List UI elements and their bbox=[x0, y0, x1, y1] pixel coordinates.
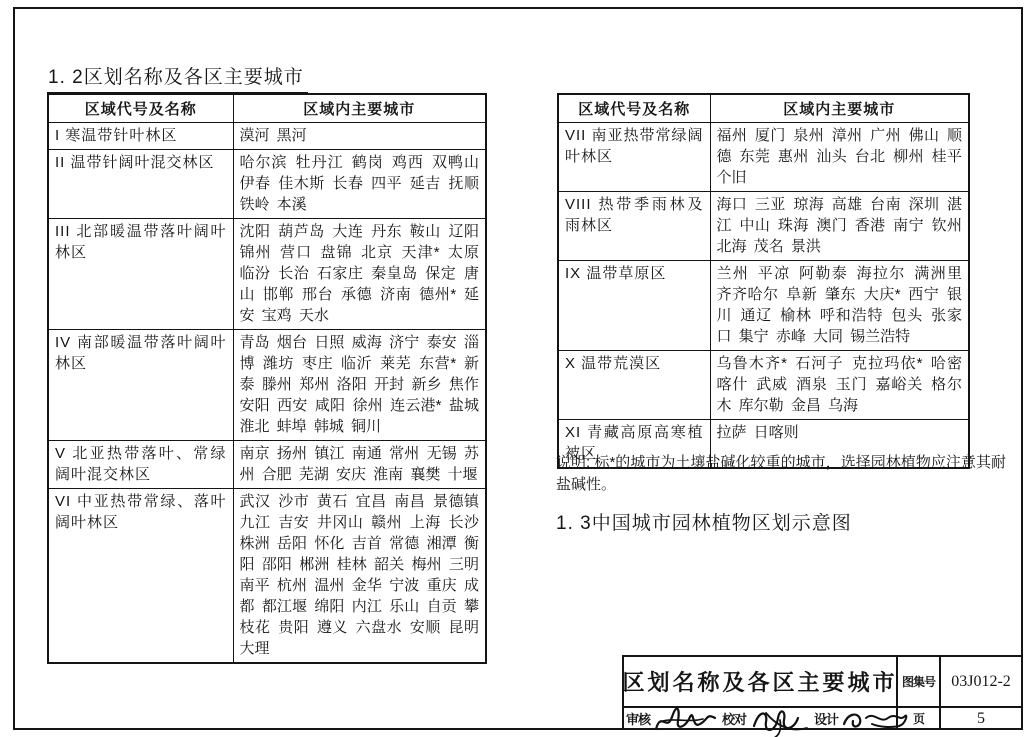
region-table-right: 区域代号及名称 区域内主要城市 VII 南亚热带常绿阔叶林区福州 厦门 泉州 漳… bbox=[557, 93, 970, 469]
region-cities-cell: 青岛 烟台 日照 威海 济宁 泰安 淄博 潍坊 枣庄 临沂 莱芜 东营* 新泰 … bbox=[233, 330, 486, 441]
section-heading-1-3: 1. 3中国城市园林植物区划示意图 bbox=[556, 508, 852, 535]
atlas-number-label: 图集号 bbox=[896, 657, 939, 706]
title-block-title: 区划名称及各区主要城市 bbox=[624, 657, 896, 706]
page-number-label: 页 bbox=[896, 706, 939, 729]
region-row-III: III 北部暖温带落叶阔叶林区沈阳 葫芦岛 大连 丹东 鞍山 辽阳 锦州 营口 … bbox=[48, 219, 486, 330]
region-name-cell: VIII 热带季雨林及雨林区 bbox=[558, 192, 710, 261]
region-name-cell: X 温带荒漠区 bbox=[558, 351, 710, 420]
table-header-row: 区域代号及名称 区域内主要城市 bbox=[48, 94, 486, 123]
region-name-cell: I 寒温带针叶林区 bbox=[48, 123, 233, 150]
region-row-VII: VII 南亚热带常绿阔叶林区福州 厦门 泉州 漳州 广州 佛山 顺德 东莞 惠州… bbox=[558, 123, 969, 192]
region-row-V: V 北亚热带落叶、常绿阔叶混交林区南京 扬州 镇江 南通 常州 无锡 苏州 合肥… bbox=[48, 441, 486, 489]
document-page: 1. 2区划名称及各区主要城市 区域代号及名称 区域内主要城市 I 寒温带针叶林… bbox=[0, 0, 1030, 737]
region-name-cell: V 北亚热带落叶、常绿阔叶混交林区 bbox=[48, 441, 233, 489]
region-name-cell: III 北部暖温带落叶阔叶林区 bbox=[48, 219, 233, 330]
reviewer-label: 审核 bbox=[626, 709, 650, 728]
region-cities-cell: 福州 厦门 泉州 漳州 广州 佛山 顺德 东莞 惠州 汕头 台北 柳州 桂平 个… bbox=[710, 123, 969, 192]
region-cities-cell: 南京 扬州 镇江 南通 常州 无锡 苏州 合肥 芜湖 安庆 淮南 襄樊 十堰 bbox=[233, 441, 486, 489]
column-header-major-cities: 区域内主要城市 bbox=[233, 94, 486, 123]
region-name-cell: IX 温带草原区 bbox=[558, 261, 710, 351]
table-header-row: 区域代号及名称 区域内主要城市 bbox=[558, 94, 969, 123]
region-row-X: X 温带荒漠区乌鲁木齐* 石河子 克拉玛依* 哈密 喀什 武威 酒泉 玉门 嘉峪… bbox=[558, 351, 969, 420]
region-name-cell: IV 南部暖温带落叶阔叶林区 bbox=[48, 330, 233, 441]
reviewer-signature-scribble bbox=[651, 705, 721, 737]
region-cities-cell: 哈尔滨 牡丹江 鹤岗 鸡西 双鸭山 伊春 佳木斯 长春 四平 延吉 抚顺 铁岭 … bbox=[233, 150, 486, 219]
region-name-cell: VI 中亚热带常绿、落叶阔叶林区 bbox=[48, 489, 233, 664]
region-cities-cell: 漠河 黑河 bbox=[233, 123, 486, 150]
signature-row: 审核 校对 设计 bbox=[624, 706, 896, 729]
column-header-region-code: 区域代号及名称 bbox=[558, 94, 710, 123]
region-cities-cell: 武汉 沙市 黄石 宜昌 南昌 景德镇 九江 吉安 井冈山 赣州 上海 长沙 株洲… bbox=[233, 489, 486, 664]
region-row-VI: VI 中亚热带常绿、落叶阔叶林区武汉 沙市 黄石 宜昌 南昌 景德镇 九江 吉安… bbox=[48, 489, 486, 664]
atlas-number-value: 03J012-2 bbox=[939, 657, 1021, 706]
column-header-major-cities: 区域内主要城市 bbox=[710, 94, 969, 123]
region-cities-cell: 乌鲁木齐* 石河子 克拉玛依* 哈密 喀什 武威 酒泉 玉门 嘉峪关 格尔木 库… bbox=[710, 351, 969, 420]
proofreader-signature-scribble bbox=[747, 705, 813, 737]
region-row-VIII: VIII 热带季雨林及雨林区海口 三亚 琼海 高雄 台南 深圳 湛江 中山 珠海… bbox=[558, 192, 969, 261]
region-row-IV: IV 南部暖温带落叶阔叶林区青岛 烟台 日照 威海 济宁 泰安 淄博 潍坊 枣庄… bbox=[48, 330, 486, 441]
proofreader-label: 校对 bbox=[722, 709, 746, 728]
region-cities-cell: 沈阳 葫芦岛 大连 丹东 鞍山 辽阳 锦州 营口 盘锦 北京 天津* 太原 临汾… bbox=[233, 219, 486, 330]
region-cities-cell: 海口 三亚 琼海 高雄 台南 深圳 湛江 中山 珠海 澳门 香港 南宁 钦州 北… bbox=[710, 192, 969, 261]
region-table-left: 区域代号及名称 区域内主要城市 I 寒温带针叶林区漠河 黑河II 温带针阔叶混交… bbox=[47, 93, 487, 664]
section-heading-1-2: 1. 2区划名称及各区主要城市 bbox=[47, 62, 308, 94]
region-row-II: II 温带针阔叶混交林区哈尔滨 牡丹江 鹤岗 鸡西 双鸭山 伊春 佳木斯 长春 … bbox=[48, 150, 486, 219]
column-header-region-code: 区域代号及名称 bbox=[48, 94, 233, 123]
page-number-value: 5 bbox=[939, 706, 1021, 729]
region-cities-cell: 兰州 平凉 阿勒泰 海拉尔 满洲里 齐齐哈尔 阜新 肇东 大庆* 西宁 银川 通… bbox=[710, 261, 969, 351]
region-name-cell: VII 南亚热带常绿阔叶林区 bbox=[558, 123, 710, 192]
region-row-IX: IX 温带草原区兰州 平凉 阿勒泰 海拉尔 满洲里 齐齐哈尔 阜新 肇东 大庆*… bbox=[558, 261, 969, 351]
region-name-cell: II 温带针阔叶混交林区 bbox=[48, 150, 233, 219]
drawing-title-block: 区划名称及各区主要城市 图集号 03J012-2 审核 校对 设计 页 5 bbox=[622, 655, 1023, 730]
saline-soil-note: 说明: 标*的城市为土壤盐碱化较重的城市，选择园林植物应注意其耐盐碱性。 bbox=[556, 452, 1006, 496]
region-row-I: I 寒温带针叶林区漠河 黑河 bbox=[48, 123, 486, 150]
designer-label: 设计 bbox=[814, 709, 838, 728]
